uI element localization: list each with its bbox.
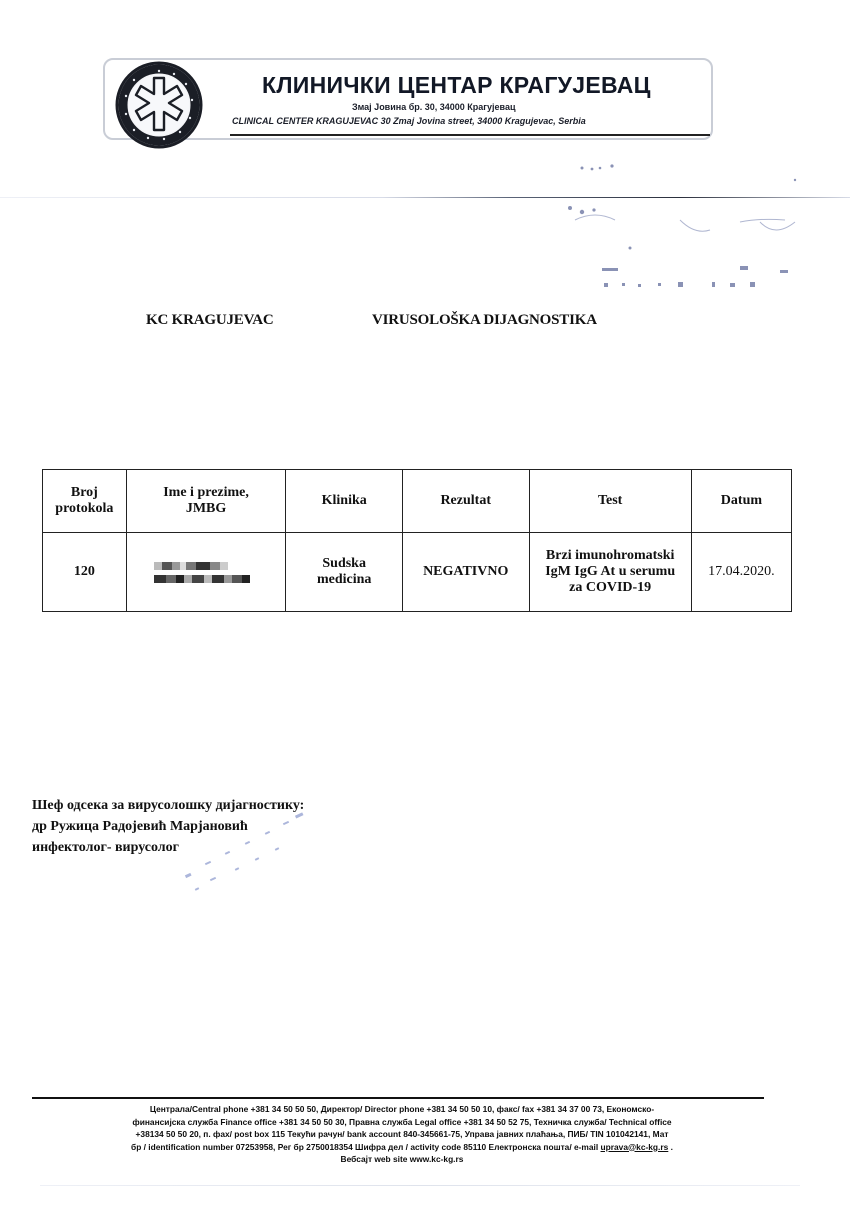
clinic-cell: Sudska medicina <box>286 533 402 612</box>
result-cell: NEGATIVNO <box>402 533 529 612</box>
footer-website[interactable]: Вебсајт web site www.kc-kg.rs <box>32 1153 772 1166</box>
footer-contact-info: Централа/Central phone +381 34 50 50 50,… <box>32 1103 772 1166</box>
column-header-protocol: Broj protokola <box>43 470 127 533</box>
column-header-result: Rezultat <box>402 470 529 533</box>
column-header-name-jmbg: Ime i prezime, JMBG <box>126 470 286 533</box>
column-header-date: Datum <box>691 470 791 533</box>
column-header-test: Test <box>529 470 691 533</box>
letterhead-address-local: Змај Јовина бр. 30, 34000 Крагујевац <box>352 102 516 112</box>
scan-edge-artifact <box>40 1185 800 1186</box>
letterhead-title: КЛИНИЧКИ ЦЕНТАР КРАГУЈЕВАЦ <box>262 72 651 99</box>
table-header-row: Broj protokola Ime i prezime, JMBG Klini… <box>43 470 792 533</box>
clinical-center-logo-icon <box>114 60 204 150</box>
date-cell: 17.04.2020. <box>691 533 791 612</box>
table-row: 120 Sudska medicina NEGATIVNO Brzi imuno… <box>43 533 792 612</box>
test-cell: Brzi imunohromatski IgM IgG At u serumu … <box>529 533 691 612</box>
institution-heading: KC KRAGUJEVAC <box>146 312 274 329</box>
results-table: Broj protokola Ime i prezime, JMBG Klini… <box>42 469 792 612</box>
faint-stamp-icon <box>560 160 810 290</box>
letterhead-underline <box>230 134 710 136</box>
signature-stamp-icon <box>175 808 325 898</box>
column-header-clinic: Klinika <box>286 470 402 533</box>
protocol-number-cell: 120 <box>43 533 127 612</box>
redacted-personal-data <box>154 557 258 588</box>
department-heading: VIRUSOLOŠKA DIJAGNOSTIKA <box>372 312 597 329</box>
letterhead-address-english: CLINICAL CENTER KRAGUJEVAC 30 Zmaj Jovin… <box>232 116 586 126</box>
footer-email-link[interactable]: uprava@kc-kg.rs <box>601 1142 669 1152</box>
footer-divider <box>32 1097 764 1099</box>
name-jmbg-cell <box>126 533 286 612</box>
